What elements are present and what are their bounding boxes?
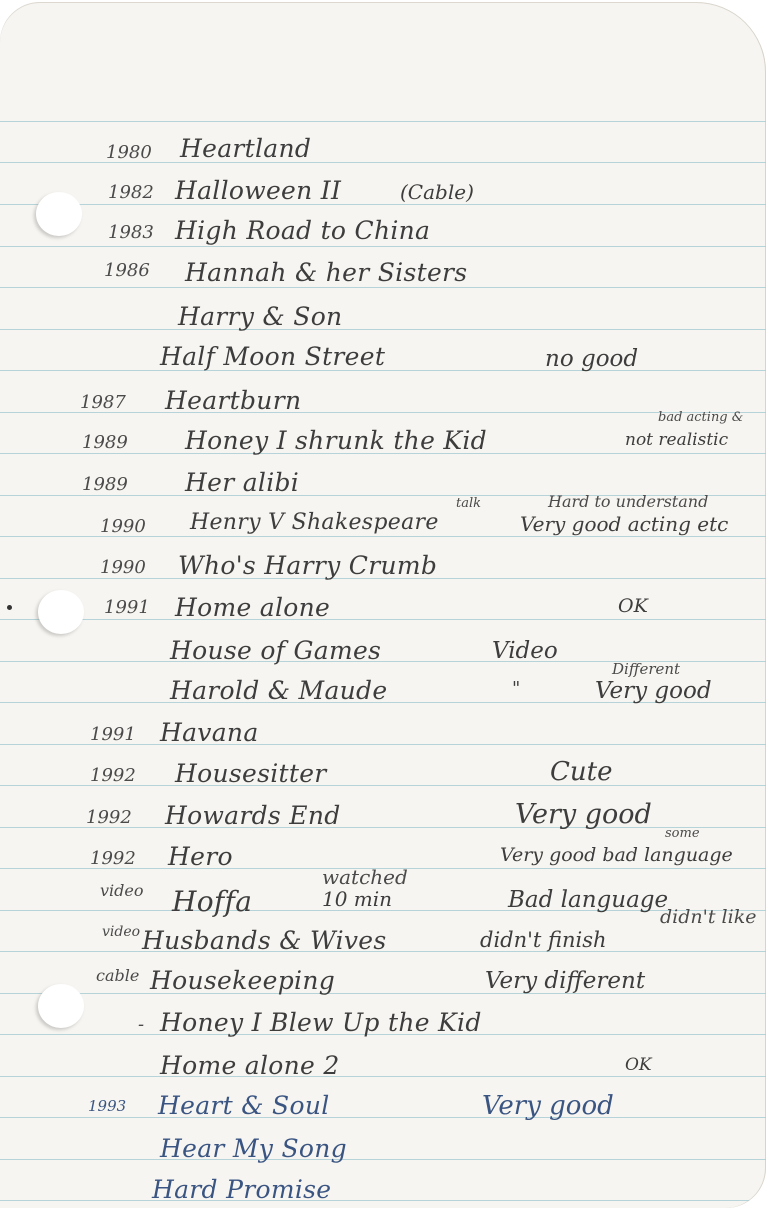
entry-year: 1991 <box>104 597 150 618</box>
entry-title: Housesitter <box>175 759 327 788</box>
entry-ditto-mark: " <box>512 678 520 699</box>
list-item: 1991 Home alone OK <box>0 589 766 630</box>
entry-year: 1991 <box>90 724 136 745</box>
list-item: Harry & Son <box>0 296 766 337</box>
entry-title: Her alibi <box>185 468 299 497</box>
list-item: video Hoffa watched 10 min Bad language <box>0 879 766 920</box>
entry-title-annotation: talk <box>456 496 481 511</box>
entry-title: Honey I Blew Up the Kid <box>160 1008 482 1037</box>
entry-annotation: some <box>665 826 700 841</box>
entry-note: Very good bad language <box>500 844 733 866</box>
list-item: Half Moon Street no good <box>0 338 766 379</box>
entry-year: 1990 <box>100 557 146 578</box>
list-item: 1991 Havana <box>0 714 766 755</box>
entry-year: 1987 <box>80 392 126 413</box>
entry-title: Hoffa <box>172 885 252 918</box>
entry-year: video <box>102 924 140 940</box>
list-item: 1986 Hannah & her Sisters <box>0 254 766 295</box>
entry-title: High Road to China <box>175 216 430 245</box>
entry-year: 1989 <box>82 474 128 495</box>
list-item: 1987 Heartburn <box>0 380 766 421</box>
entry-bullet: - <box>138 1014 144 1035</box>
entry-year: 1993 <box>88 1097 126 1115</box>
entry-note: OK <box>625 1055 652 1075</box>
entry-note: Very different <box>485 968 645 994</box>
entry-title: Husbands & Wives <box>142 926 387 955</box>
entry-year: cable <box>96 966 139 985</box>
list-item: 1993 Heart & Soul Very good <box>0 1087 766 1128</box>
entry-note: Very good <box>515 799 652 830</box>
entry-title: Hear My Song <box>160 1134 347 1163</box>
entry-year: 1990 <box>100 516 146 537</box>
entry-title: Heart & Soul <box>158 1091 330 1120</box>
entry-note: Very good <box>482 1091 614 1121</box>
list-item: 1990 Henry V Shakespeare talk Hard to un… <box>0 506 766 547</box>
entry-year: 1983 <box>108 222 154 243</box>
entry-note: Bad language <box>508 887 668 913</box>
notebook-page: 1980 Heartland 1982 Halloween II (Cable)… <box>0 2 766 1208</box>
entry-title: Heartburn <box>165 386 301 415</box>
entry-title: Honey I shrunk the Kid <box>185 426 487 455</box>
list-item: 1992 Housesitter Cute <box>0 755 766 796</box>
entry-title: Housekeeping <box>150 966 335 995</box>
entry-title: Harold & Maude <box>170 676 387 705</box>
rule-line <box>0 121 766 122</box>
list-item: - Honey I Blew Up the Kid <box>0 1004 766 1045</box>
list-item: 1980 Heartland <box>0 130 766 171</box>
entry-title: Home alone <box>175 593 330 622</box>
entry-note: Very good <box>595 678 712 704</box>
entry-year: 1992 <box>90 848 136 869</box>
entry-note: Cute <box>550 757 612 787</box>
entry-note: OK <box>618 595 648 617</box>
entry-note: Video <box>492 638 558 664</box>
list-item: 1990 Who's Harry Crumb <box>0 547 766 588</box>
entry-year: 1992 <box>86 807 132 828</box>
entry-annotation: Different <box>612 660 680 678</box>
list-item: Home alone 2 OK <box>0 1045 766 1086</box>
entry-title: Henry V Shakespeare <box>190 510 439 535</box>
entry-year: 1982 <box>108 182 154 203</box>
entry-note: not realistic <box>625 430 728 450</box>
entry-title: Home alone 2 <box>160 1051 340 1080</box>
entry-title: Hard Promise <box>152 1175 331 1204</box>
entry-year: 1992 <box>90 765 136 786</box>
entry-note: Very good acting etc <box>520 512 728 536</box>
list-item: video Husbands & Wives didn't like didn'… <box>0 920 766 961</box>
entry-title: Who's Harry Crumb <box>178 551 437 580</box>
entry-note: no good <box>545 346 638 372</box>
list-item: cable Housekeeping Very different <box>0 962 766 1003</box>
list-item: 1983 High Road to China <box>0 212 766 253</box>
entry-note: (Cable) <box>400 180 474 204</box>
entry-title: Hero <box>168 842 233 871</box>
entry-year: 1980 <box>106 142 152 163</box>
entry-title: Heartland <box>180 134 311 163</box>
entry-title: Halloween II <box>175 176 341 205</box>
entry-annotation: Hard to understand <box>548 492 708 511</box>
list-item: Hard Promise <box>0 1169 766 1208</box>
list-item: 1992 Howards End Very good <box>0 797 766 838</box>
entry-title: Howards End <box>165 801 341 830</box>
entry-title: House of Games <box>170 636 381 665</box>
entry-year: 1989 <box>82 432 128 453</box>
list-item: 1982 Halloween II (Cable) <box>0 172 766 213</box>
entry-middle: 10 min <box>322 887 392 911</box>
entry-annotation: didn't like <box>660 906 756 928</box>
entry-year: video <box>100 881 144 900</box>
entry-note: didn't finish <box>480 928 607 952</box>
entry-annotation: bad acting & <box>658 410 743 425</box>
entry-title: Half Moon Street <box>160 342 385 371</box>
list-item: Harold & Maude " Different Very good <box>0 672 766 713</box>
list-item: 1989 Honey I shrunk the Kid bad acting &… <box>0 422 766 463</box>
entry-year: 1986 <box>104 260 150 281</box>
entry-title: Havana <box>160 718 259 747</box>
entry-middle-annotation: watched <box>322 865 408 889</box>
entry-title: Hannah & her Sisters <box>185 258 467 287</box>
list-item: Hear My Song <box>0 1128 766 1169</box>
entry-title: Harry & Son <box>178 302 342 331</box>
